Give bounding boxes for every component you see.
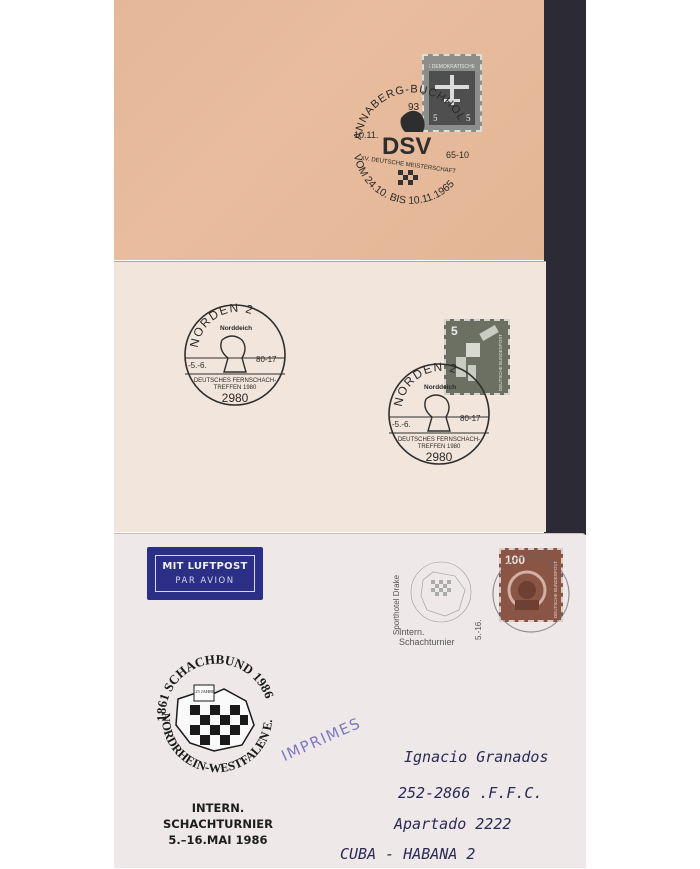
cancel-postmark [489, 552, 579, 642]
address-line-4: CUBA - HABANA 2 [340, 845, 580, 863]
svg-text:DEUTSCHES FERNSCHACH-: DEUTSCHES FERNSCHACH- [194, 378, 276, 384]
airmail-label-line1: MIT LUFTPOST [147, 561, 263, 572]
svg-text:-5.-6.: -5.-6. [392, 420, 411, 429]
svg-text:80-17: 80-17 [460, 414, 481, 423]
svg-text:65-10: 65-10 [446, 150, 469, 160]
svg-text:Norddeich: Norddeich [424, 384, 456, 391]
svg-text:DEUTSCHES FERNSCHACH-: DEUTSCHES FERNSCHACH- [398, 437, 480, 443]
svg-text:2980: 2980 [426, 450, 453, 464]
event-caption-line1: INTERN. SCHACHTURNIER [138, 800, 298, 832]
svg-text:Norddeich: Norddeich [220, 325, 252, 332]
svg-text:DEUTSCHE BUNDESPOST: DEUTSCHE BUNDESPOST [498, 334, 503, 391]
address-line-3: Apartado 2222 [394, 815, 634, 833]
airmail-label-line2: PAR AVION [147, 576, 263, 586]
knight-icon [221, 336, 246, 372]
svg-text:10.11.: 10.11. [354, 130, 378, 140]
svg-text:80-17: 80-17 [256, 355, 277, 364]
svg-text:2980: 2980 [222, 391, 249, 405]
airmail-label: MIT LUFTPOST PAR AVION [147, 547, 263, 600]
svg-text:DSV: DSV [382, 133, 431, 160]
cover-1: DEUTSCHE DEMOKRATISCHE REPUBLIK 5 5 ANNA… [114, 0, 544, 260]
svg-text:Intern.: Intern. [399, 627, 425, 637]
norden-postmark-1: NORDEN 2 Norddeich -5.-6. 80-17 DEUTSCHE… [180, 300, 290, 410]
event-caption-line2: 5.–16.MAI 1986 [138, 832, 298, 848]
background-band [544, 0, 586, 535]
svg-text:Schachturnier: Schachturnier [399, 637, 455, 646]
address-line-1: Ignacio Granados [404, 748, 644, 766]
schachbund-logo: 1861 SCHACHBUND 1986 NORDRHEIN-WESTFALEN… [148, 651, 284, 787]
cover-2: 5 DEUTSCHE BUNDESPOST NORDEN 2 Norddeich… [114, 261, 546, 532]
slogan-postmark: Sporthotel Drake Intern. Schachturnier 5… [389, 550, 489, 646]
norden-postmark-2: NORDEN 2 Norddeich -5.-6. 80-17 DEUTSCHE… [384, 359, 494, 469]
dsv-postmark: ANNABERG-BUCHHOLZ 1 93 10.11. 65-10 DSV … [346, 70, 476, 205]
svg-text:5.-16.: 5.-16. [474, 620, 483, 640]
cover-3: MIT LUFTPOST PAR AVION Sporthotel Drake … [114, 533, 586, 868]
imprimes-handstamp: IMPRIMES [279, 714, 364, 765]
svg-text:125 JAHRE: 125 JAHRE [193, 689, 215, 694]
svg-text:-5.-6.: -5.-6. [188, 361, 207, 370]
svg-text:Sporthotel Drake: Sporthotel Drake [392, 574, 401, 635]
knight-icon [425, 395, 450, 431]
svg-text:5: 5 [451, 324, 458, 338]
knight-icon [401, 111, 425, 132]
address-line-2: 252-2866 .F.F.C. [398, 784, 638, 802]
event-caption: INTERN. SCHACHTURNIER 5.–16.MAI 1986 [138, 800, 298, 848]
